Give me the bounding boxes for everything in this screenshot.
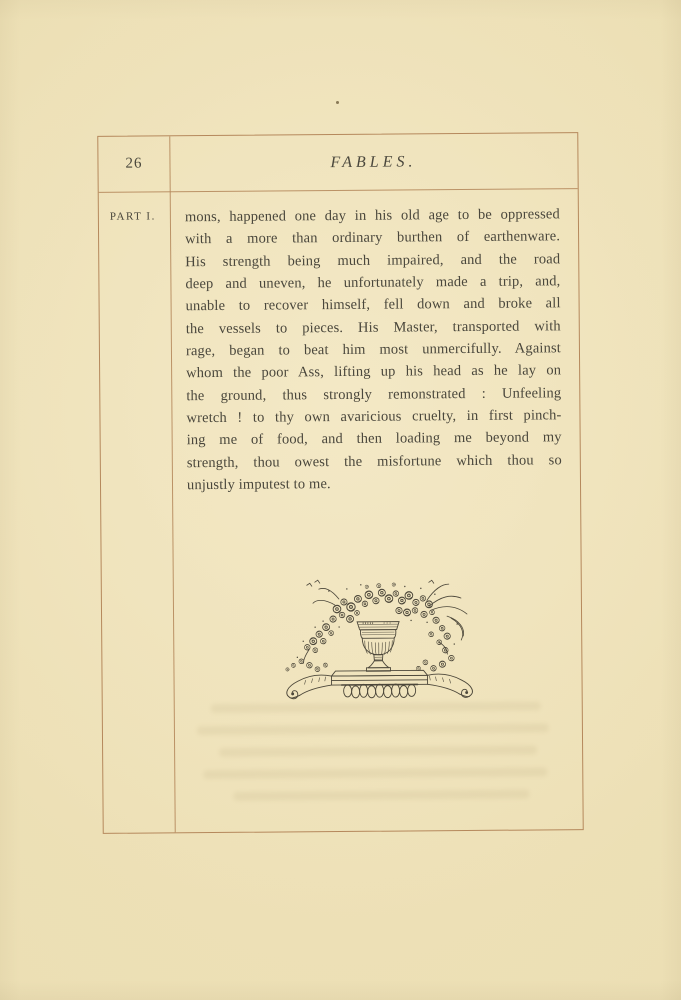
body-text-line: strength, thou owest the misfortune whic…	[187, 449, 562, 474]
body-text-line: whom the poor Ass, lifting up his head a…	[186, 360, 561, 385]
body-text-line: wretch ! to thy own avaricious cruelty, …	[186, 404, 561, 429]
show-through-ghosting	[193, 701, 566, 824]
body-text-line: His strength being much impaired, and th…	[185, 248, 560, 273]
part-label: PART I.	[110, 209, 166, 223]
urn-vignette-illustration	[279, 576, 476, 704]
body-text-line: the ground, thus strongly remonstrated :…	[186, 382, 561, 407]
running-title: FABLES.	[169, 133, 577, 191]
body-text-line: the vessels to pieces. His Master, trans…	[186, 315, 561, 340]
book-page-scan: 26 FABLES. PART I. mons, happened one da…	[0, 0, 681, 1000]
margin-divider-line	[169, 136, 175, 832]
fable-body-text: mons, happened one day in his old age to…	[185, 203, 562, 496]
body-text-line: unable to recover himself, fell down and…	[186, 293, 561, 318]
body-text-line: rage, began to beat him most unmercifull…	[186, 337, 561, 362]
body-text-line: deep and uneven, he unfortunately made a…	[185, 270, 560, 295]
body-text-line: mons, happened one day in his old age to…	[185, 203, 560, 228]
body-text-line: ing me of food, and then loading me beyo…	[187, 427, 562, 452]
body-text-line: with a more than ordinary burthen of ear…	[185, 226, 560, 251]
page-number: 26	[98, 136, 169, 192]
page-frame: 26 FABLES. PART I. mons, happened one da…	[97, 132, 583, 834]
body-text-line: unjustly imputest to me.	[187, 471, 562, 496]
paper-speck	[336, 101, 339, 104]
